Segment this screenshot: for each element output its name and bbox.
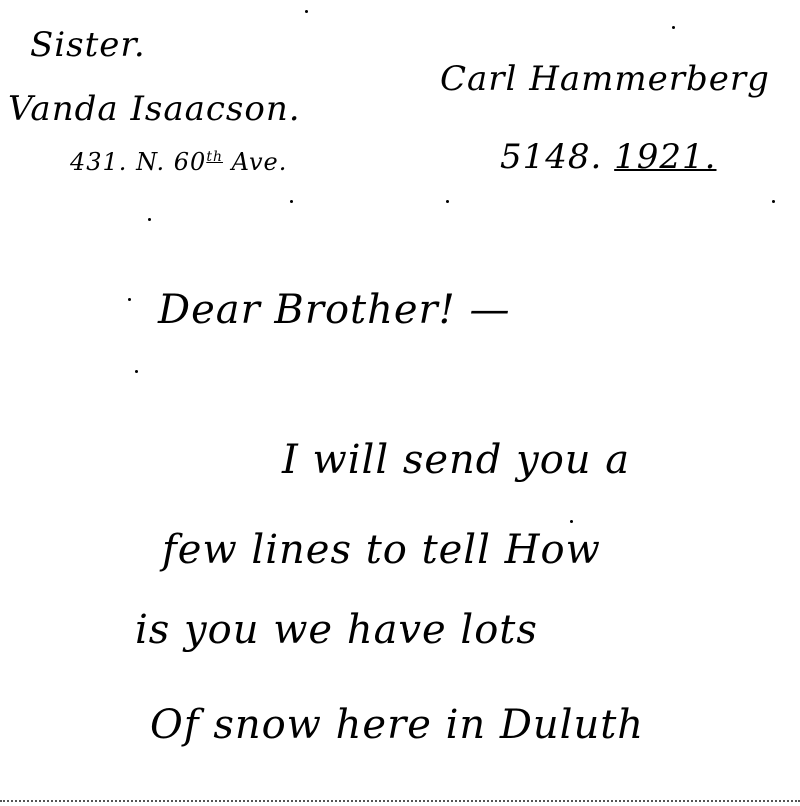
body-line-3: is you we have lots xyxy=(135,610,538,650)
letter-year: 1921. xyxy=(614,137,716,177)
scan-edge-line xyxy=(0,800,800,802)
body-line-4: Of snow here in Duluth xyxy=(150,705,644,745)
address-ordinal: th xyxy=(206,149,223,165)
recipient-number: 5148. xyxy=(500,137,602,177)
sender-label: Sister. xyxy=(30,28,146,62)
scan-speck xyxy=(446,200,449,203)
address-number: 431. N. 60 xyxy=(70,148,206,176)
scan-speck xyxy=(148,218,151,221)
sender-address: 431. N. 60th Ave. xyxy=(70,150,287,174)
address-suffix: Ave. xyxy=(232,148,288,176)
scan-speck xyxy=(128,298,131,301)
scan-speck xyxy=(290,200,293,203)
scan-speck xyxy=(772,200,775,203)
sender-name: Vanda Isaacson. xyxy=(8,92,301,126)
body-line-2: few lines to tell How xyxy=(162,530,601,570)
body-line-1: I will send you a xyxy=(282,440,630,480)
scan-speck xyxy=(405,630,408,633)
scan-speck xyxy=(570,520,573,523)
scan-speck xyxy=(672,26,675,29)
letter-page: Sister. Vanda Isaacson. 431. N. 60th Ave… xyxy=(0,0,800,806)
scan-speck xyxy=(135,370,138,373)
recipient-number-year: 5148. 1921. xyxy=(500,140,717,174)
greeting: Dear Brother! — xyxy=(158,290,510,330)
recipient-name: Carl Hammerberg xyxy=(440,62,770,96)
scan-speck xyxy=(305,10,308,13)
